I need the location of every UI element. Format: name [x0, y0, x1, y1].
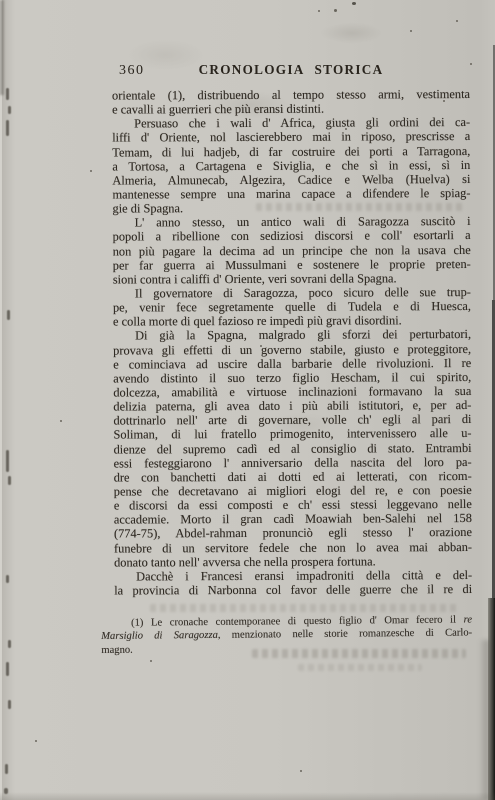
page-number: 360 — [119, 63, 145, 79]
scanned-book-page: 360 CRONOLOGIA STORICA orientale (1), di… — [0, 0, 495, 800]
body-line: Dacchè i Francesi eransi impadroniti del… — [114, 568, 472, 584]
footnote-text: magno. — [101, 644, 133, 655]
running-title: CRONOLOGIA STORICA — [112, 62, 470, 78]
footnote-italic-text: re — [464, 614, 473, 625]
body-line: la provincia di Narbonna col favor delle… — [114, 582, 472, 598]
body-line: non più pagare la decima ad un principe … — [113, 243, 471, 259]
body-line: avendo distinto il suo terzo figlio Hesc… — [113, 370, 471, 386]
body-line: essi festeggiarono l' anniversario della… — [114, 455, 472, 471]
body-line: Il governatore di Saragozza, poco sicuro… — [113, 285, 471, 301]
body-line: a Tortosa, a Cartagena e Siviglia, e che… — [112, 158, 470, 174]
body-line: dolcezza, amabilità e virtuose inclinazi… — [113, 384, 471, 400]
body-line: e cominciava ad uscire dalla barbarie de… — [113, 356, 471, 372]
body-line: gie di Spagna. — [112, 200, 470, 216]
body-line: donato tanto nell' avversa che nella pro… — [114, 554, 472, 570]
body-line: funebre di un servitore fedele che non l… — [114, 539, 472, 555]
paragraph: Il governatore di Saragozza, poco sicuro… — [113, 285, 471, 329]
body-line: liffi d' Oriente, nol lascierebbero mai … — [112, 129, 470, 145]
top-left-edge-shadow — [0, 0, 4, 95]
body-text: orientale (1), distribuendo al tempo ste… — [112, 87, 472, 598]
body-line: Temam, di lui hadjeb, di far costruire d… — [112, 144, 470, 160]
body-line: provava gli effetti di un governo stabil… — [113, 342, 471, 358]
page-header: 360 CRONOLOGIA STORICA — [112, 62, 470, 79]
right-edge-shadow — [479, 640, 489, 800]
body-line: delizia paterna, gli avea dato i più abi… — [113, 398, 471, 414]
body-line: dre con banchetti dati ai dotti ed ai le… — [114, 469, 472, 485]
paragraph: L' anno stesso, un antico wali di Sarago… — [113, 214, 471, 286]
body-line: Almeria, Almunecab, Algezira, Cadice e W… — [112, 172, 470, 188]
body-line: per far guerra ai Mussulmani e sostenere… — [113, 257, 471, 273]
body-line: Soliman, di lui fratello primogenito, in… — [113, 426, 471, 442]
body-line: dienze del supremo cadì ed al consiglio … — [114, 441, 472, 457]
body-line: pense che decretavano ai migliori elogi … — [114, 483, 472, 499]
paragraph: Dacchè i Francesi eransi impadroniti del… — [114, 568, 472, 598]
paragraph: Persuaso che i wali d' Africa, giusta gl… — [112, 115, 470, 216]
body-line: mantenesse sempre una marina capace a di… — [112, 186, 470, 202]
body-line: e discorsi da essi composti e ch' essi s… — [114, 497, 472, 513]
body-line: (774-75), Abdel-rahman pronunciò egli st… — [114, 525, 472, 541]
body-line: dottrinarlo nell' arte di governare, vol… — [113, 412, 471, 428]
body-line: e colla morte di quel fazioso re impedì … — [113, 313, 471, 329]
body-line: Persuaso che i wali d' Africa, giusta gl… — [112, 115, 470, 131]
body-line: orientale (1), distribuendo al tempo ste… — [112, 87, 470, 103]
body-line: Di già la Spagna, malgrado gli sforzi de… — [113, 327, 471, 343]
body-line: accademie. Morto il gran cadì Moawiah be… — [114, 511, 472, 527]
footnote: (1) Le cronache contemporanee di questo … — [101, 613, 472, 657]
body-line: e cavalli ai guerrieri che più eransi di… — [112, 101, 470, 117]
paragraph: orientale (1), distribuendo al tempo ste… — [112, 87, 470, 117]
body-line: sioni contra i califfi d' Oriente, veri … — [113, 271, 471, 287]
body-line: pe, venir fece segretamente quelle di Tu… — [113, 299, 471, 315]
body-line: popoli a ribellione con sediziosi discor… — [113, 228, 471, 244]
footnote-italic-text: Marsiglio di Saragozza — [101, 630, 218, 642]
paragraph: Di già la Spagna, malgrado gli sforzi de… — [113, 327, 472, 569]
bottom-edge-shadow — [0, 792, 495, 800]
body-line: L' anno stesso, un antico wali di Sarago… — [113, 214, 471, 230]
right-edge-band-dark — [488, 598, 495, 800]
footnote-text: , menzionato nelle storie romanzesche di… — [218, 628, 472, 641]
